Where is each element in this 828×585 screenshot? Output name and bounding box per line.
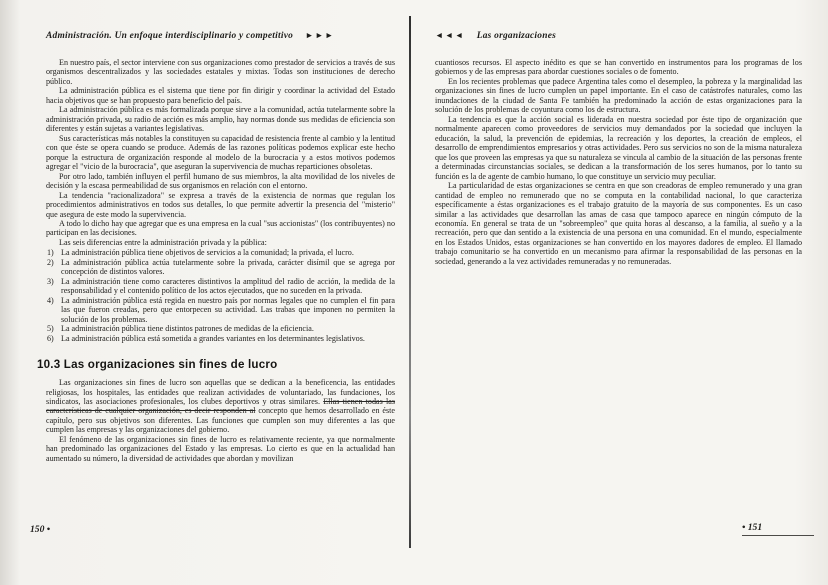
list-item: 3)La administración tiene como caractere… <box>47 277 395 296</box>
body-paragraph: La tendencia es que la acción social es … <box>435 115 802 181</box>
body-paragraph: Las organizaciones sin fines de lucro so… <box>46 378 395 435</box>
body-paragraph: Por otro lado, también influyen el perfi… <box>46 172 395 191</box>
list-item-number: 3) <box>47 277 61 296</box>
list-item: 6)La administración pública está sometid… <box>47 334 395 343</box>
left-running-header: Administración. Un enfoque interdiscipli… <box>46 30 395 41</box>
list-item: 1)La administración pública tiene objeti… <box>47 248 395 257</box>
body-paragraph: cuantiosos recursos. El aspecto inédito … <box>435 58 802 77</box>
body-paragraph: A todo lo dicho hay que agregar que es u… <box>46 219 395 238</box>
list-item-number: 5) <box>47 324 61 333</box>
body-paragraph: La administración pública es el sistema … <box>46 86 395 105</box>
body-paragraph: La particularidad de estas organizacione… <box>435 181 802 266</box>
body-paragraph: El fenómeno de las organizaciones sin fi… <box>46 435 395 463</box>
right-running-header: ◄◄◄ Las organizaciones <box>435 30 802 41</box>
body-paragraph: La tendencia "racionalizadora" se expres… <box>46 191 395 219</box>
list-item-text: La administración pública tiene distinto… <box>61 324 395 333</box>
list-item-text: La administración tiene como caracteres … <box>61 277 395 296</box>
list-item: 2)La administración pública actúa tutela… <box>47 258 395 277</box>
differences-numbered-list: 1)La administración pública tiene objeti… <box>47 248 395 343</box>
list-item-number: 4) <box>47 296 61 324</box>
forward-arrows-icon: ►►► <box>305 30 335 40</box>
back-arrows-icon: ◄◄◄ <box>435 30 465 40</box>
left-running-header-title: Administración. Un enfoque interdiscipli… <box>46 31 293 41</box>
right-page: ◄◄◄ Las organizaciones cuantiosos recurs… <box>414 0 828 585</box>
list-item-text: La administración pública está sometida … <box>61 334 395 343</box>
list-item-text: La administración pública actúa tutelarm… <box>61 258 395 277</box>
page-number-left: 150 • <box>30 524 50 535</box>
page-number-right: • 151 <box>742 522 814 536</box>
list-item-text: La administración pública está regida en… <box>61 296 395 324</box>
body-paragraph: En los recientes problemas que padece Ar… <box>435 77 802 115</box>
list-item: 4)La administración pública está regida … <box>47 296 395 324</box>
body-paragraph: La administración pública es más formali… <box>46 105 395 133</box>
section-heading-10-3: 10.3 Las organizaciones sin fines de luc… <box>37 358 395 371</box>
list-intro: Las seis diferencias entre la administra… <box>46 238 395 247</box>
list-item: 5)La administración pública tiene distin… <box>47 324 395 333</box>
list-item-number: 1) <box>47 248 61 257</box>
list-item-number: 2) <box>47 258 61 277</box>
list-item-text: La administración pública tiene objetivo… <box>61 248 395 257</box>
page-spine-divider <box>409 16 411 548</box>
list-item-number: 6) <box>47 334 61 343</box>
left-page: Administración. Un enfoque interdiscipli… <box>0 0 409 585</box>
right-running-header-title: Las organizaciones <box>477 31 556 41</box>
body-paragraph: En nuestro país, el sector interviene co… <box>46 58 395 86</box>
body-paragraph: Sus características más notables la cons… <box>46 134 395 172</box>
